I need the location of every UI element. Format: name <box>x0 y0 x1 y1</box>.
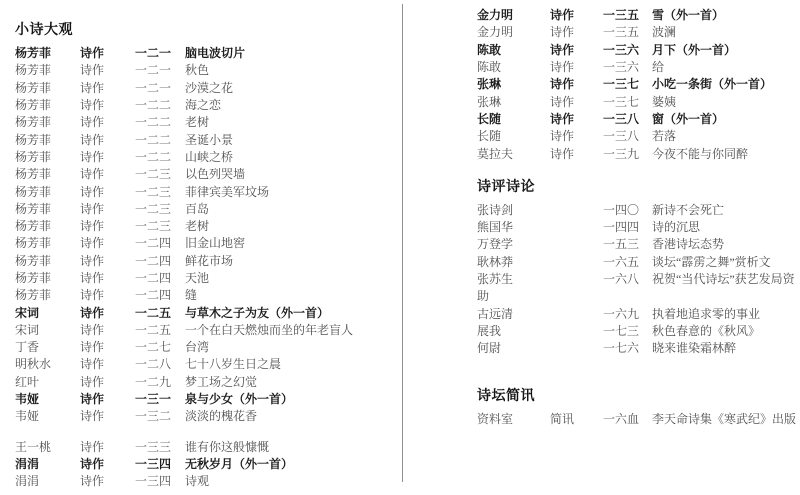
poem-title: 以色列哭墙 <box>185 165 395 182</box>
page-number: 一二三 <box>135 200 185 217</box>
author-name: 杨芳菲 <box>15 217 80 234</box>
genre-label: 诗作 <box>550 23 603 40</box>
author-name: 助 <box>477 287 550 304</box>
author-name: 杨芳菲 <box>15 79 80 96</box>
genre-label: 诗作 <box>80 438 135 455</box>
poem-title: 新诗不会死亡 <box>652 201 797 218</box>
poem-title: 谁有你这般慷慨 <box>185 438 395 455</box>
toc-row: 杨芳菲诗作一二三菲律宾美军坟场 <box>15 182 395 199</box>
page-number: 一六五 <box>603 253 652 270</box>
poem-title: 李天命诗集《寒武纪》出版 <box>652 410 797 427</box>
genre-label: 诗作 <box>80 455 135 472</box>
toc-row: 耿林莽一六五谈坛“霹雳之舞”赏析文 <box>477 253 797 270</box>
toc-row: 杨芳菲诗作一二三以色列哭墙 <box>15 165 395 182</box>
poem-title: 给 <box>652 58 797 75</box>
author-name: 耿林莽 <box>477 253 550 270</box>
genre-label: 诗作 <box>80 321 135 338</box>
poem-title: 若落 <box>652 127 797 144</box>
toc-rows: 资料室简讯一六血李天命诗集《寒武纪》出版 <box>477 410 797 427</box>
toc-row: 张琳诗作一三七小吃一条街（外一首） <box>477 75 797 92</box>
poem-title: 波澜 <box>652 23 797 40</box>
toc-row: 明秋水诗作一二八七十八岁生日之晨 <box>15 355 395 372</box>
author-name: 红叶 <box>15 373 80 390</box>
author-name: 杨芳菲 <box>15 96 80 113</box>
genre-label: 诗作 <box>80 390 135 407</box>
page-number: 一三八 <box>603 110 652 127</box>
author-name: 杨芳菲 <box>15 286 80 303</box>
page-number: 一三四 <box>135 472 185 489</box>
page-number: 一二四 <box>135 269 185 286</box>
author-name: 涓涓 <box>15 455 80 472</box>
poem-title: 诗的沉思 <box>652 218 797 235</box>
page-number: 一二二 <box>135 113 185 130</box>
toc-row: 杨芳菲诗作一二一秋色 <box>15 61 395 78</box>
page-number: 一二一 <box>135 61 185 78</box>
left-column: 小诗大观 杨芳菲诗作一二一脑电波切片杨芳菲诗作一二一秋色杨芳菲诗作一二一沙漠之花… <box>15 20 395 489</box>
toc-row: 杨芳菲诗作一二一沙漠之花 <box>15 79 395 96</box>
toc-row: 资料室简讯一六血李天命诗集《寒武纪》出版 <box>477 410 797 427</box>
toc-rows: 杨芳菲诗作一二一脑电波切片杨芳菲诗作一二一秋色杨芳菲诗作一二一沙漠之花杨芳菲诗作… <box>15 44 395 489</box>
genre-label: 简讯 <box>550 410 603 427</box>
toc-row: 杨芳菲诗作一二四旧金山地窖 <box>15 234 395 251</box>
author-name: 陈敢 <box>477 41 550 58</box>
author-name: 杨芳菲 <box>15 252 80 269</box>
toc-row: 熊国华一四四诗的沉思 <box>477 218 797 235</box>
toc-row: 杨芳菲诗作一二四天池 <box>15 269 395 286</box>
poem-title: 老树 <box>185 217 395 234</box>
author-name: 杨芳菲 <box>15 61 80 78</box>
page-number: 一二七 <box>135 338 185 355</box>
page-number: 一二八 <box>135 355 185 372</box>
poem-title: 天池 <box>185 269 395 286</box>
poem-title: 月下（外一首） <box>652 41 797 58</box>
poem-title: 晓来谁染霜林醉 <box>652 339 797 356</box>
toc-row: 长随诗作一三八窗（外一首） <box>477 110 797 127</box>
poem-title: 执着地追求零的事业 <box>652 305 797 322</box>
genre-label: 诗作 <box>80 355 135 372</box>
genre-label: 诗作 <box>550 75 603 92</box>
genre-label: 诗作 <box>80 200 135 217</box>
page-number: 一二九 <box>135 373 185 390</box>
page-number: 一六九 <box>603 305 652 322</box>
author-name: 王一桃 <box>15 438 80 455</box>
page-number: 一二三 <box>135 165 185 182</box>
poem-title: 秋色 <box>185 61 395 78</box>
toc-row: 陈敢诗作一三六月下（外一首） <box>477 41 797 58</box>
toc-row: 杨芳菲诗作一二一脑电波切片 <box>15 44 395 61</box>
toc-row: 韦娅诗作一三二淡淡的槐花香 <box>15 407 395 424</box>
toc-row: 杨芳菲诗作一二三老树 <box>15 217 395 234</box>
poem-title: 百岛 <box>185 200 395 217</box>
toc-row: 张琳诗作一三七婆姨 <box>477 92 797 109</box>
page-number: 一二一 <box>135 79 185 96</box>
toc-row: 古远清一六九执着地追求零的事业 <box>477 304 797 321</box>
author-name: 张诗剑 <box>477 201 550 218</box>
toc-row: 金力明诗作一三五波澜 <box>477 23 797 40</box>
author-name: 张琳 <box>477 93 550 110</box>
page-number: 一七三 <box>603 322 652 339</box>
poem-title: 诗观 <box>185 472 395 489</box>
section-header: 小诗大观 <box>15 20 395 41</box>
author-name: 何尉 <box>477 339 550 356</box>
author-name: 长随 <box>477 110 550 127</box>
poem-title: 谈坛“霹雳之舞”赏析文 <box>652 253 797 270</box>
page-number: 一二二 <box>135 96 185 113</box>
page-number: 一三一 <box>135 390 185 407</box>
genre-label: 诗作 <box>80 183 135 200</box>
author-name: 熊国华 <box>477 218 550 235</box>
author-name: 韦娅 <box>15 390 80 407</box>
poem-title: 泉与少女（外一首） <box>185 390 395 407</box>
author-name: 金力明 <box>477 6 550 23</box>
author-name: 杨芳菲 <box>15 269 80 286</box>
poem-title: 一个在白天燃烛而坐的年老盲人 <box>185 321 395 338</box>
section-header: 诗评诗论 <box>477 177 797 198</box>
genre-label: 诗作 <box>80 373 135 390</box>
toc-row: 宋词诗作一二五与草木之子为友（外一首） <box>15 303 395 320</box>
poem-title: 窗（外一首） <box>652 110 797 127</box>
genre-label: 诗作 <box>550 93 603 110</box>
author-name: 陈敢 <box>477 58 550 75</box>
page-number: 一二四 <box>135 234 185 251</box>
page-number: 一三六 <box>603 41 652 58</box>
page-number: 一三五 <box>603 6 652 23</box>
toc-row: 杨芳菲诗作一二二海之恋 <box>15 96 395 113</box>
toc-row: 杨芳菲诗作一二二山峡之桥 <box>15 148 395 165</box>
author-name: 展我 <box>477 322 550 339</box>
author-name: 杨芳菲 <box>15 183 80 200</box>
author-name: 张琳 <box>477 75 550 92</box>
poem-title: 缝 <box>185 286 395 303</box>
page-number: 一三二 <box>135 407 185 424</box>
author-name: 长随 <box>477 127 550 144</box>
poem-title: 菲律宾美军坟场 <box>185 183 395 200</box>
toc-row: 丁香诗作一二七台湾 <box>15 338 395 355</box>
genre-label: 诗作 <box>80 217 135 234</box>
genre-label: 诗作 <box>80 61 135 78</box>
toc-row: 助 <box>477 287 797 304</box>
author-name: 宋词 <box>15 304 80 321</box>
genre-label: 诗作 <box>80 338 135 355</box>
genre-label: 诗作 <box>550 41 603 58</box>
poem-title: 今夜不能与你同醉 <box>652 145 797 162</box>
section-news: 诗坛简讯 资料室简讯一六血李天命诗集《寒武纪》出版 <box>477 386 797 427</box>
page-number: 一三七 <box>603 75 652 92</box>
section-small-poems-continued: 金力明诗作一三五雪（外一首）金力明诗作一三五波澜陈敢诗作一三六月下（外一首）陈敢… <box>477 6 797 162</box>
poem-title: 小吃一条街（外一首） <box>652 75 797 92</box>
poem-title: 雪（外一首） <box>652 6 797 23</box>
page-number: 一二四 <box>135 252 185 269</box>
author-name: 杨芳菲 <box>15 113 80 130</box>
author-name: 韦娅 <box>15 407 80 424</box>
genre-label: 诗作 <box>80 96 135 113</box>
poem-title: 香港诗坛态势 <box>652 235 797 252</box>
genre-label: 诗作 <box>80 286 135 303</box>
poem-title: 秋色春意的《秋风》 <box>652 322 797 339</box>
author-name: 杨芳菲 <box>15 44 80 61</box>
toc-row: 韦娅诗作一三一泉与少女（外一首） <box>15 390 395 407</box>
genre-label: 诗作 <box>80 79 135 96</box>
page-number: 一三八 <box>603 127 652 144</box>
poem-title: 台湾 <box>185 338 395 355</box>
author-name: 张苏生 <box>477 270 550 287</box>
author-name: 古远清 <box>477 305 550 322</box>
poem-title: 旧金山地窖 <box>185 234 395 251</box>
page-number: 一五三 <box>603 235 652 252</box>
toc-row: 何尉一七六晓来谁染霜林醉 <box>477 339 797 356</box>
poem-title: 老树 <box>185 113 395 130</box>
toc-row: 长随诗作一三八若落 <box>477 127 797 144</box>
toc-row: 莫拉夫诗作一三九今夜不能与你同醉 <box>477 144 797 161</box>
page-number: 一七六 <box>603 339 652 356</box>
page-number: 一二五 <box>135 321 185 338</box>
toc-row: 陈敢诗作一三六给 <box>477 58 797 75</box>
page-number: 一二四 <box>135 286 185 303</box>
toc-row: 杨芳菲诗作一二二圣诞小景 <box>15 130 395 147</box>
toc-row: 万登学一五三香港诗坛态势 <box>477 235 797 252</box>
poem-title: 鲜花市场 <box>185 252 395 269</box>
page-number: 一三九 <box>603 145 652 162</box>
page-number: 一三三 <box>135 438 185 455</box>
genre-label: 诗作 <box>80 165 135 182</box>
toc-row: 杨芳菲诗作一二三百岛 <box>15 200 395 217</box>
genre-label: 诗作 <box>80 304 135 321</box>
genre-label: 诗作 <box>550 110 603 127</box>
page-number: 一六血 <box>603 410 652 427</box>
page-number: 一二三 <box>135 183 185 200</box>
toc-row: 张苏生一六八祝贺“当代诗坛”获艺发局资 <box>477 270 797 287</box>
section-poetry-review: 诗评诗论 张诗剑一四〇新诗不会死亡熊国华一四四诗的沉思万登学一五三香港诗坛态势耿… <box>477 177 797 357</box>
poem-title: 与草木之子为友（外一首） <box>185 304 395 321</box>
author-name: 杨芳菲 <box>15 200 80 217</box>
poem-title: 沙漠之花 <box>185 79 395 96</box>
poem-title: 梦工场之幻觉 <box>185 373 395 390</box>
page-number: 一三六 <box>603 58 652 75</box>
genre-label: 诗作 <box>80 44 135 61</box>
toc-row: 金力明诗作一三五雪（外一首） <box>477 6 797 23</box>
page-number: 一四四 <box>603 218 652 235</box>
poem-title: 山峡之桥 <box>185 148 395 165</box>
poem-title: 七十八岁生日之晨 <box>185 355 395 372</box>
right-column: 金力明诗作一三五雪（外一首）金力明诗作一三五波澜陈敢诗作一三六月下（外一首）陈敢… <box>477 6 797 428</box>
genre-label: 诗作 <box>80 234 135 251</box>
author-name: 丁香 <box>15 338 80 355</box>
toc-row: 杨芳菲诗作一二四缝 <box>15 286 395 303</box>
genre-label: 诗作 <box>550 6 603 23</box>
toc-rows: 张诗剑一四〇新诗不会死亡熊国华一四四诗的沉思万登学一五三香港诗坛态势耿林莽一六五… <box>477 201 797 357</box>
page-number: 一六八 <box>603 270 652 287</box>
toc-row: 宋词诗作一二五一个在白天燃烛而坐的年老盲人 <box>15 321 395 338</box>
genre-label: 诗作 <box>550 58 603 75</box>
author-name: 杨芳菲 <box>15 148 80 165</box>
page-number: 一二二 <box>135 148 185 165</box>
toc-row: 杨芳菲诗作一二四鲜花市场 <box>15 252 395 269</box>
author-name: 莫拉夫 <box>477 145 550 162</box>
genre-label: 诗作 <box>80 472 135 489</box>
page-number: 一二五 <box>135 304 185 321</box>
toc-row: 杨芳菲诗作一二二老树 <box>15 113 395 130</box>
toc-row: 王一桃诗作一三三谁有你这般慷慨 <box>15 438 395 455</box>
page-number: 一三五 <box>603 23 652 40</box>
page-number: 一二一 <box>135 44 185 61</box>
genre-label: 诗作 <box>80 269 135 286</box>
author-name: 万登学 <box>477 235 550 252</box>
genre-label: 诗作 <box>550 127 603 144</box>
page-number: 一二三 <box>135 217 185 234</box>
toc-row: 涓涓诗作一三四无秋岁月（外一首） <box>15 455 395 472</box>
author-name: 杨芳菲 <box>15 131 80 148</box>
genre-label: 诗作 <box>80 407 135 424</box>
genre-label: 诗作 <box>80 148 135 165</box>
toc-rows: 金力明诗作一三五雪（外一首）金力明诗作一三五波澜陈敢诗作一三六月下（外一首）陈敢… <box>477 6 797 162</box>
poem-title: 祝贺“当代诗坛”获艺发局资 <box>652 270 797 287</box>
poem-title: 海之恋 <box>185 96 395 113</box>
page-number: 一四〇 <box>603 201 652 218</box>
page-number: 一三四 <box>135 455 185 472</box>
poem-title: 淡淡的槐花香 <box>185 407 395 424</box>
column-divider <box>402 4 403 482</box>
section-small-poems: 小诗大观 杨芳菲诗作一二一脑电波切片杨芳菲诗作一二一秋色杨芳菲诗作一二一沙漠之花… <box>15 20 395 489</box>
toc-row: 张诗剑一四〇新诗不会死亡 <box>477 201 797 218</box>
toc-row: 展我一七三秋色春意的《秋风》 <box>477 322 797 339</box>
genre-label: 诗作 <box>80 131 135 148</box>
author-name: 涓涓 <box>15 472 80 489</box>
poem-title: 圣诞小景 <box>185 131 395 148</box>
toc-row: 红叶诗作一二九梦工场之幻觉 <box>15 373 395 390</box>
poem-title: 无秋岁月（外一首） <box>185 455 395 472</box>
author-name: 资料室 <box>477 410 550 427</box>
page-number: 一二二 <box>135 131 185 148</box>
author-name: 明秋水 <box>15 355 80 372</box>
author-name: 杨芳菲 <box>15 165 80 182</box>
genre-label: 诗作 <box>80 252 135 269</box>
poem-title: 婆姨 <box>652 93 797 110</box>
author-name: 宋词 <box>15 321 80 338</box>
toc-row: 涓涓诗作一三四诗观 <box>15 472 395 489</box>
genre-label: 诗作 <box>550 145 603 162</box>
author-name: 杨芳菲 <box>15 234 80 251</box>
author-name: 金力明 <box>477 23 550 40</box>
section-header: 诗坛简讯 <box>477 386 797 407</box>
poem-title: 脑电波切片 <box>185 44 395 61</box>
genre-label: 诗作 <box>80 113 135 130</box>
page-number: 一三七 <box>603 93 652 110</box>
